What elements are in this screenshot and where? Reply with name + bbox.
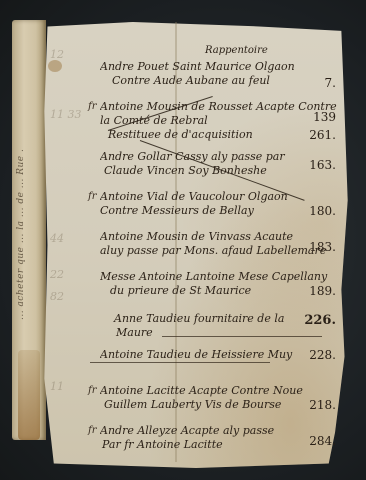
register-entry: Antoine Mousin de Vinvass Acaute aluy pa… — [100, 230, 350, 258]
entry-number: 180. — [309, 204, 336, 218]
water-stain — [18, 350, 40, 440]
register-entry: Andre Pouet Saint Maurice Olgaon Contre … — [100, 60, 350, 88]
bleed-through-text: 82 — [50, 290, 64, 303]
entry-line: Antoine Lacitte Acapte Contre Noue — [100, 384, 350, 398]
ink-stain — [48, 60, 62, 72]
entry-line: Messe Antoine Lantoine Mese Capellany — [100, 270, 350, 284]
bleed-through-text: 22 — [50, 268, 64, 281]
entry-number: 139 — [313, 110, 336, 124]
entry-number: 261. — [309, 128, 336, 142]
entry-number: 228. — [309, 348, 336, 362]
register-entry: fr Antoine Lacitte Acapte Contre Noue Gu… — [100, 384, 350, 412]
register-entry: fr Andre Alleyze Acapte aly passe Par fr… — [100, 424, 350, 452]
bleed-through-text: 44 — [50, 232, 64, 245]
entry-prefix: fr — [88, 100, 96, 114]
entry-line: Maure — [100, 326, 350, 340]
bleed-through-text: 11 33 — [50, 108, 82, 121]
register-entry: Restituee de d'acquisition 261. — [100, 128, 350, 142]
entry-number: 163. — [309, 158, 336, 172]
entry-number: 183. — [309, 240, 336, 254]
entry-separator — [162, 336, 322, 337]
entry-number: 189. — [309, 284, 336, 298]
bleed-through-text: 12 — [50, 48, 64, 61]
binding-strip-text: ... acheter que ... la ... de ... Rue ..… — [16, 150, 46, 320]
register-entry: Antoine Taudieu de Heissiere Muy 228. — [100, 348, 350, 362]
entry-line: Contre Aude Aubane au feul — [100, 74, 350, 88]
entry-number: 7. — [325, 76, 336, 90]
register-entry: Messe Antoine Lantoine Mese Capellany du… — [100, 270, 350, 298]
entry-prefix: fr — [88, 190, 96, 204]
entry-number: 218. — [309, 398, 336, 412]
entry-line: Antoine Vial de Vaucolour Olgaon — [100, 190, 350, 204]
entry-prefix: fr — [88, 424, 96, 438]
entry-prefix: fr — [88, 384, 96, 398]
entry-number: 284. — [309, 434, 336, 448]
entry-line: Andre Pouet Saint Maurice Olgaon — [100, 60, 350, 74]
entry-separator — [90, 362, 270, 363]
register-entry: Andre Gollar Cassy aly passe par Claude … — [100, 150, 350, 178]
register-entry: fr Antoine Mousin de Rousset Acapte Cont… — [100, 100, 350, 128]
page-heading: Rappentoire — [205, 45, 268, 56]
bleed-through-text: 11 — [50, 380, 64, 393]
entry-number: 226. — [304, 314, 336, 328]
register-entry: fr Antoine Vial de Vaucolour Olgaon Cont… — [100, 190, 350, 218]
